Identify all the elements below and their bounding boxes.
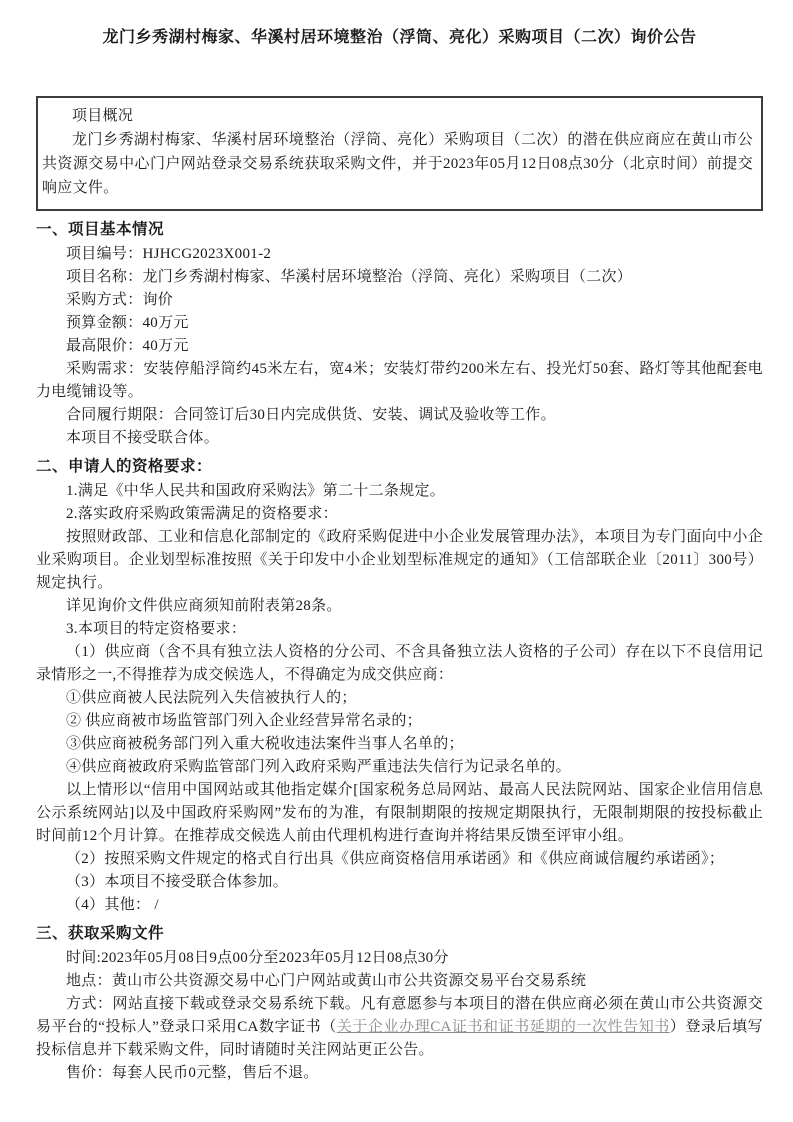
document-title: 龙门乡秀湖村梅家、华溪村居环境整治（浮筒、亮化）采购项目（二次）询价公告	[36, 26, 763, 50]
section-2-heading: 二、申请人的资格要求：	[36, 455, 763, 479]
document-page: 龙门乡秀湖村梅家、华溪村居环境整治（浮筒、亮化）采购项目（二次）询价公告 项目概…	[0, 0, 793, 1122]
para-qualification-1: 1.满足《中华人民共和国政府采购法》第二十二条规定。	[36, 480, 763, 503]
para-qualification-3: 3.本项目的特定资格要求：	[36, 618, 763, 641]
para-qualification-2: 2.落实政府采购政策需满足的资格要求：	[36, 503, 763, 526]
para-requirements: 采购需求：安装停船浮筒约45米左右，宽4米；安装灯带约200米左右、投光灯50套…	[36, 358, 763, 404]
para-obtain-method: 方式：网站直接下载或登录交易系统下载。凡有意愿参与本项目的潜在供应商必须在黄山市…	[36, 993, 763, 1062]
para-credit-market: ② 供应商被市场监管部门列入企业经营异常名录的；	[36, 710, 763, 733]
overview-body: 龙门乡秀湖村梅家、华溪村居环境整治（浮筒、亮化）采购项目（二次）的潜在供应商应在…	[42, 128, 753, 200]
para-obtain-location: 地点：黄山市公共资源交易中心门户网站或黄山市公共资源交易平台交易系统	[36, 970, 763, 993]
para-credit-court: ①供应商被人民法院列入失信被执行人的；	[36, 687, 763, 710]
para-msme-policy: 按照财政部、工业和信息化部制定的《政府采购促进中小企业发展管理办法》，本项目为专…	[36, 526, 763, 595]
project-overview-box: 项目概况 龙门乡秀湖村梅家、华溪村居环境整治（浮筒、亮化）采购项目（二次）的潜在…	[36, 96, 763, 211]
para-procurement-method: 采购方式：询价	[36, 289, 763, 312]
ca-certificate-notice-link[interactable]: 关于企业办理CA证书和证书延期的一次性告知书	[337, 1019, 670, 1035]
para-document-price: 售价：每套人民币0元整，售后不退。	[36, 1062, 763, 1085]
para-see-attachment: 详见询价文件供应商须知前附表第28条。	[36, 595, 763, 618]
overview-heading: 项目概况	[42, 104, 753, 128]
para-credit-verification: 以上情形以“信用中国网站或其他指定媒介[国家税务总局网站、最高人民法院网站、国家…	[36, 779, 763, 848]
section-1-heading: 一、项目基本情况	[36, 218, 763, 242]
para-price-limit: 最高限价：40万元	[36, 335, 763, 358]
para-obtain-time: 时间:2023年05月08日9点00分至2023年05月12日08点30分	[36, 947, 763, 970]
para-credit-tax: ③供应商被税务部门列入重大税收违法案件当事人名单的；	[36, 733, 763, 756]
para-budget: 预算金额：40万元	[36, 312, 763, 335]
para-contract-term: 合同履行期限：合同签订后30日内完成供货、安装、调试及验收等工作。	[36, 404, 763, 427]
para-project-number: 项目编号：HJHCG2023X001-2	[36, 243, 763, 266]
para-credit-gov: ④供应商被政府采购监管部门列入政府采购严重违法失信行为记录名单的。	[36, 756, 763, 779]
section-3-heading: 三、获取采购文件	[36, 922, 763, 946]
para-project-name: 项目名称：龙门乡秀湖村梅家、华溪村居环境整治（浮筒、亮化）采购项目（二次）	[36, 266, 763, 289]
para-special-requirement-1: （1）供应商（含不具有独立法人资格的分公司、不含具备独立法人资格的子公司）存在以…	[36, 641, 763, 687]
para-no-consortium: 本项目不接受联合体。	[36, 427, 763, 450]
para-special-requirement-2: （2）按照采购文件规定的格式自行出具《供应商资格信用承诺函》和《供应商诚信履约承…	[36, 848, 763, 871]
para-special-requirement-3: （3）本项目不接受联合体参加。	[36, 871, 763, 894]
para-special-requirement-4: （4）其他： /	[36, 894, 763, 917]
